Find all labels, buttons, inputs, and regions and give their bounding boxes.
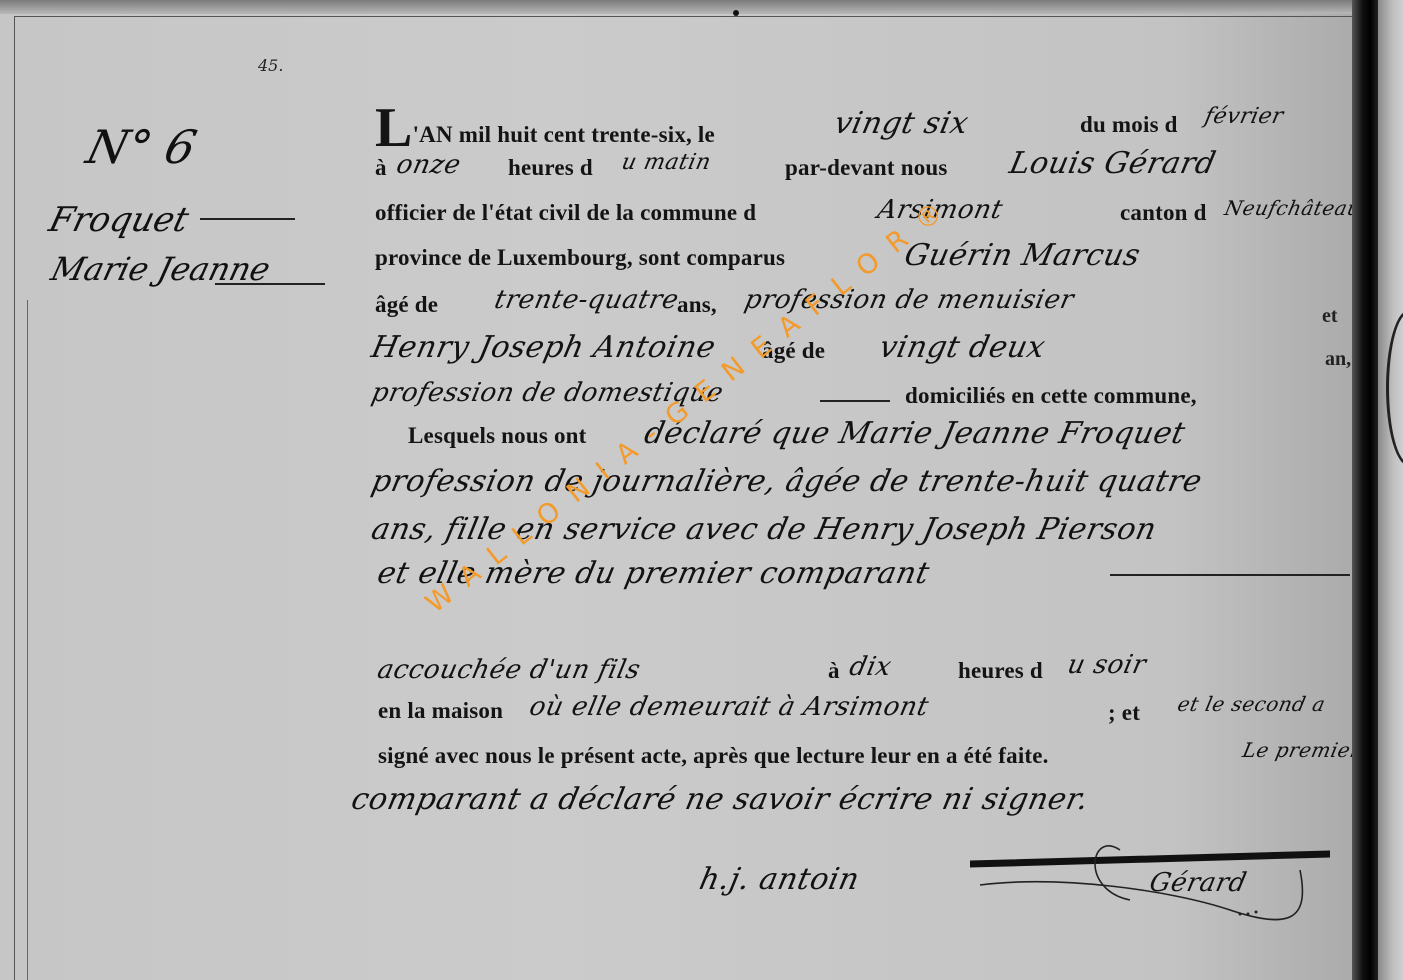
printed-ans: ans, — [677, 292, 717, 318]
hand-declarant-2-age: vingt deux — [876, 330, 1048, 365]
page-border-left-inner — [27, 300, 28, 980]
seal-stamp-icon — [1386, 310, 1403, 466]
printed-age-1: âgé de — [375, 292, 438, 318]
margin-given-names-stroke — [215, 283, 325, 285]
hand-canton: Neufchâteau — [1222, 196, 1363, 220]
hand-after-faite: Le premier — [1240, 738, 1363, 762]
printed-par-devant: par-devant nous — [785, 155, 948, 181]
hand-month: février — [1202, 104, 1286, 129]
printed-lesquels: Lesquels nous ont — [408, 423, 587, 449]
hand-declaration-2: profession de journalière, âgée de trent… — [368, 464, 1205, 499]
hand-declarant-1-age: trente-quatre — [492, 285, 682, 315]
printed-a-2: à — [828, 658, 840, 684]
printed-month-label: du mois d — [1080, 112, 1178, 138]
page-border-top — [14, 16, 1374, 17]
printed-year-text: 'AN mil huit cent trente-six, le — [413, 122, 715, 147]
book-gutter — [1352, 0, 1378, 980]
hand-declaration-1: déclaré que Marie Jeanne Froquet — [641, 416, 1188, 451]
printed-a: à — [375, 155, 387, 181]
signature-witness: h.j. antoin — [696, 862, 862, 897]
printed-fragment-an: an, — [1325, 348, 1351, 371]
printed-maison: en la maison — [378, 698, 503, 724]
signature-officer: Gérard — [1147, 868, 1250, 898]
printed-line-1: L'AN mil huit cent trente-six, le — [375, 108, 715, 148]
printed-province: province de Luxembourg, sont comparus — [375, 245, 785, 271]
hand-hour: onze — [394, 150, 464, 180]
printed-et: ; et — [1108, 700, 1140, 726]
folio-mark: 45. — [258, 56, 283, 75]
facing-page-edge — [1378, 0, 1403, 980]
printed-canton: canton d — [1120, 200, 1207, 226]
printed-officier: officier de l'état civil de la commune d — [375, 200, 756, 226]
hand-declarant-1: Guérin Marcus — [901, 238, 1143, 273]
hand-officer: Louis Gérard — [1006, 146, 1219, 181]
printed-fragment-et: et — [1322, 305, 1338, 328]
profession-stroke — [820, 400, 890, 402]
hand-birth-event: accouchée d'un fils — [375, 655, 643, 685]
declaration-end-stroke — [1110, 574, 1350, 576]
margin-surname-stroke — [200, 218, 295, 220]
hand-house: où elle demeurait à Arsimont — [527, 692, 932, 722]
hand-and-clause: et le second a — [1175, 692, 1327, 716]
printed-heures: heures d — [508, 155, 593, 181]
hand-birth-hour: dix — [847, 652, 895, 682]
hand-birth-time-of-day: u soir — [1065, 650, 1149, 680]
ink-dot — [733, 10, 739, 16]
margin-surname: Froquet — [45, 200, 193, 240]
hand-day: vingt six — [831, 106, 972, 141]
printed-domicilies: domiciliés en cette commune, — [905, 383, 1197, 409]
printed-signe: signé avec nous le présent acte, après q… — [378, 743, 1049, 769]
hand-closing: comparant a déclaré ne savoir écrire ni … — [348, 782, 1092, 817]
margin-entry-number: N° 6 — [81, 120, 202, 174]
hand-time-of-day: u matin — [619, 150, 713, 175]
register-page: 45. N° 6 Froquet Marie Jeanne L'AN mil h… — [0, 0, 1378, 980]
hand-declarant-2: Henry Joseph Antoine — [368, 330, 719, 365]
page-border-left — [14, 16, 15, 980]
page-top-edge — [0, 0, 1378, 14]
printed-heures-2: heures d — [958, 658, 1043, 684]
